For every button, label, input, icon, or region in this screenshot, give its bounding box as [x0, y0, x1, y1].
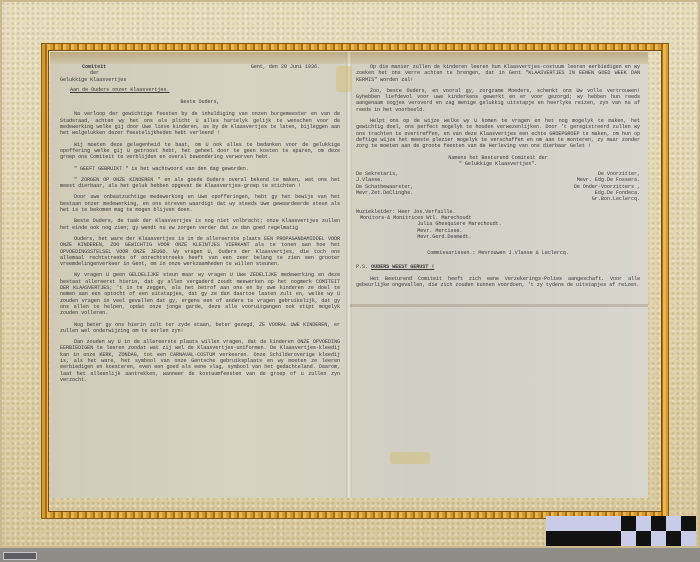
body-paragraph: Op die manier zullen de kinderen leeren … — [356, 64, 640, 83]
horizontal-fold-line — [350, 304, 648, 307]
scale-cell — [621, 531, 636, 546]
right-column: Op die manier zullen de kinderen leeren … — [356, 64, 640, 293]
commissioners: Commissarissen.: Mevrouwen J.Vlasse & Le… — [356, 250, 640, 256]
scale-cell — [576, 516, 591, 531]
body-paragraph: Dan zouden wy U in de allereerste plaats… — [60, 339, 340, 383]
letter-header: Comiteit der Gelukkige Klaasvertjes Gent… — [60, 64, 340, 83]
body-paragraph: Beste Ouders, de taak der Klaasvertjes i… — [60, 218, 340, 231]
body-paragraph: Helpt ons op de wijze welke wy U komen t… — [356, 118, 640, 149]
left-column: Comiteit der Gelukkige Klaasvertjes Gent… — [60, 64, 340, 388]
scale-cell — [651, 531, 666, 546]
scale-cell — [546, 516, 561, 531]
body-paragraph: Door uwe onbaatzuchtige medewerking en U… — [60, 194, 340, 213]
body-paragraph: Nog beter gy ons hierin zult ter zyde st… — [60, 322, 340, 335]
signatories-right: De Voorzitter, Mevr. Edg.De Fossera. De … — [503, 171, 640, 202]
body-paragraph: Wy vragen U geen GELDELIJKE steun maar w… — [60, 272, 340, 316]
body-paragraph: Na verloop der gewichtige feesten by de … — [60, 111, 340, 136]
scale-cell — [561, 531, 576, 546]
salutation: Beste Ouders, — [60, 99, 340, 105]
ps-heading: OUDERS WEEST GERUST ! — [371, 264, 434, 270]
sender-line: Gelukkige Klaasvertjes — [60, 77, 126, 83]
picture-frame: Comiteit der Gelukkige Klaasvertjes Gent… — [0, 0, 700, 548]
body-paragraph: Zoo, beste Ouders, en vooral gy, zorgzam… — [356, 88, 640, 113]
sender-block: Comiteit der Gelukkige Klaasvertjes — [60, 64, 126, 83]
vertical-fold-line — [346, 52, 352, 498]
scale-cell — [681, 516, 696, 531]
place-date: Gent, den 20 Juni 1936. — [251, 64, 340, 83]
body-paragraph: " ZORGEN OP ONZE KINDEREN " en als goede… — [60, 177, 340, 190]
scale-cell — [636, 516, 651, 531]
body-paragraph: " GEEFT GEBRUIKT " is het wachtwoord van… — [60, 166, 340, 172]
addressee: Aan de Ouders onzer Klaasvertjes. — [70, 87, 340, 93]
monitors: Monitors-& Monitrices Wtl. Marechoudt Ju… — [356, 215, 640, 240]
scale-cell — [666, 531, 681, 546]
tape-stain — [390, 452, 430, 464]
scale-cell — [561, 516, 576, 531]
scale-cell — [591, 516, 606, 531]
typewritten-letter: Comiteit der Gelukkige Klaasvertjes Gent… — [50, 52, 648, 498]
scale-cell — [576, 531, 591, 546]
scale-cell — [681, 531, 696, 546]
inventory-label — [3, 552, 37, 560]
scale-cell — [651, 516, 666, 531]
scale-cell — [606, 516, 621, 531]
scale-cell — [636, 531, 651, 546]
scale-cell — [546, 531, 561, 546]
color-scale-bar — [546, 516, 696, 546]
signoff-line: " Gelukkige Klaasvertjes". — [356, 161, 640, 167]
body-paragraph: Ouders, het ware der Klaasvertjes is in … — [60, 236, 340, 267]
scale-cell — [666, 516, 681, 531]
ps-label: P.S. — [356, 264, 368, 270]
scale-cell — [621, 516, 636, 531]
signatories-left: De Sekretaris, J.Vlasse. De Schatbewaars… — [356, 171, 493, 202]
ps-text: Het Besturend Comiteit heeft zich eene V… — [356, 276, 640, 289]
scale-cell — [606, 531, 621, 546]
scale-cell — [591, 531, 606, 546]
signature-block: De Sekretaris, J.Vlasse. De Schatbewaars… — [356, 171, 640, 202]
body-paragraph: Wij moeten deze gelegenheid te baat, om … — [60, 142, 340, 161]
